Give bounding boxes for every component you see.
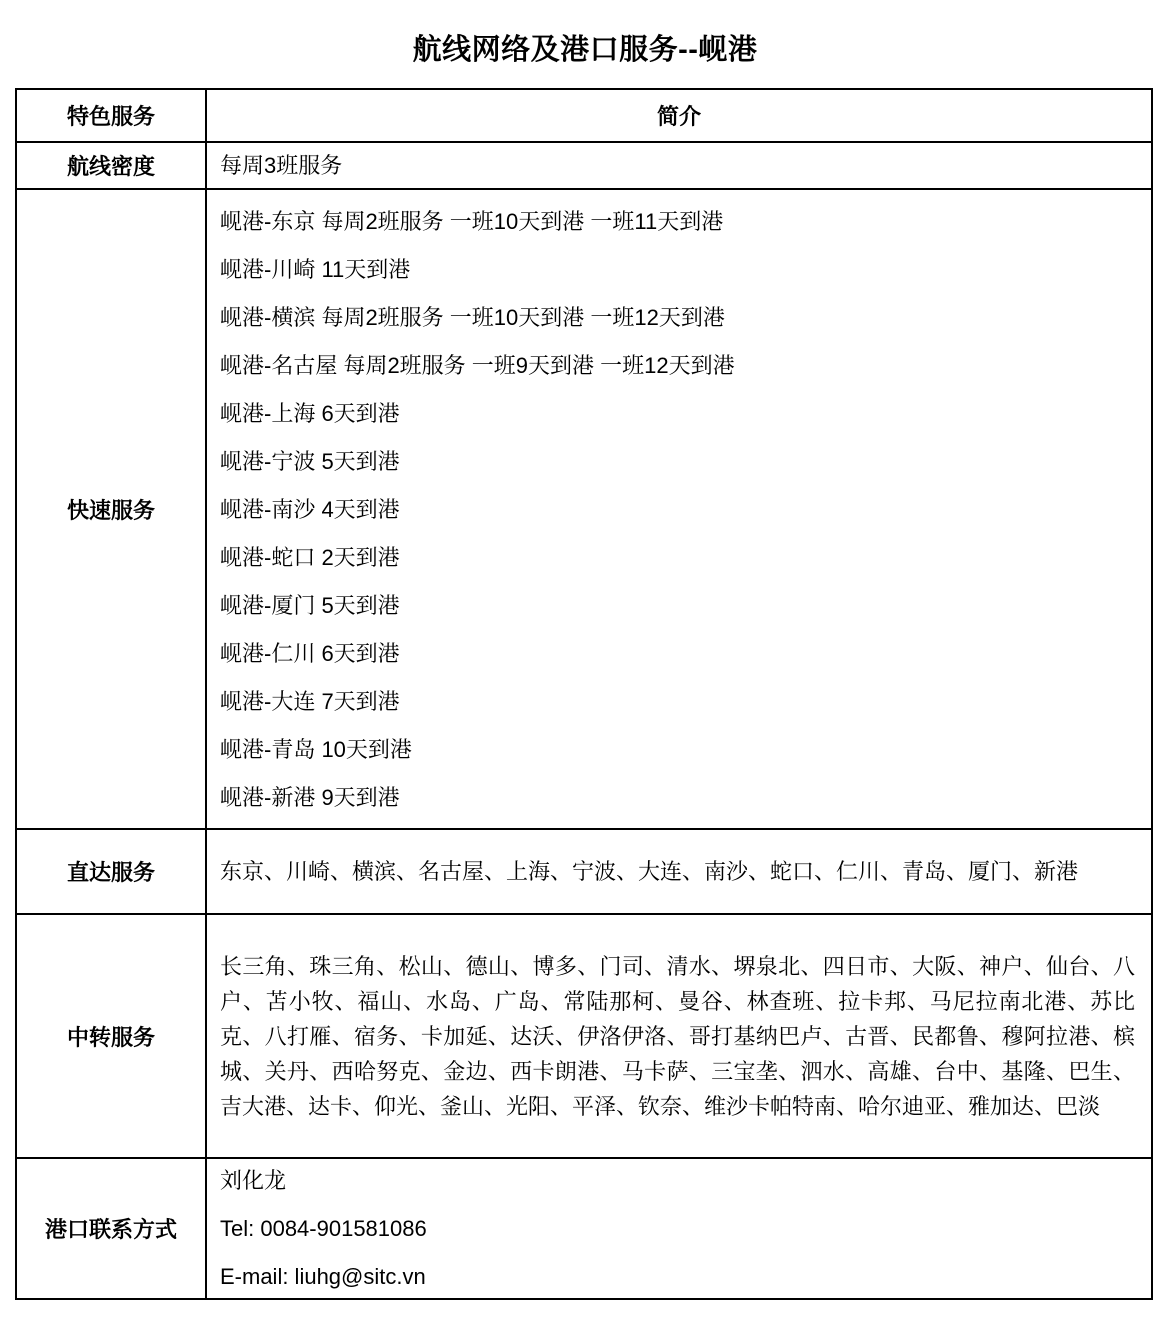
- express-route-line: 岘港-新港 9天到港: [220, 780, 1135, 815]
- table-row-route-density: 航线密度 每周3班服务: [16, 142, 1152, 189]
- row-label-express-service: 快速服务: [16, 189, 206, 829]
- contact-name: 刘化龙: [220, 1163, 1135, 1198]
- contact-tel: Tel: 0084-901581086: [220, 1211, 1135, 1246]
- page-title: 航线网络及港口服务--岘港: [0, 24, 1170, 88]
- express-route-line: 岘港-横滨 每周2班服务 一班10天到港 一班12天到港: [220, 300, 1135, 335]
- row-label-transit-service: 中转服务: [16, 914, 206, 1158]
- table-row-direct-service: 直达服务 东京、川崎、横滨、名古屋、上海、宁波、大连、南沙、蛇口、仁川、青岛、厦…: [16, 829, 1152, 914]
- express-route-line: 岘港-名古屋 每周2班服务 一班9天到港 一班12天到港: [220, 348, 1135, 383]
- direct-service-cell: 东京、川崎、横滨、名古屋、上海、宁波、大连、南沙、蛇口、仁川、青岛、厦门、新港: [206, 829, 1152, 914]
- express-route-line: 岘港-川崎 11天到港: [220, 252, 1135, 287]
- contact-email: E-mail: liuhg@sitc.vn: [220, 1259, 1135, 1294]
- transit-service-ports: 长三角、珠三角、松山、德山、博多、门司、清水、堺泉北、四日市、大阪、神户、仙台、…: [220, 949, 1135, 1124]
- port-services-table: 特色服务 简介 航线密度 每周3班服务 快速服务 岘港-东京 每周2班服务 一班…: [15, 88, 1153, 1300]
- row-label-port-contact: 港口联系方式: [16, 1158, 206, 1299]
- table-row-port-contact: 港口联系方式 刘化龙 Tel: 0084-901581086 E-mail: l…: [16, 1158, 1152, 1299]
- express-route-line: 岘港-上海 6天到港: [220, 396, 1135, 431]
- table-header-row: 特色服务 简介: [16, 89, 1152, 142]
- express-route-line: 岘港-厦门 5天到港: [220, 588, 1135, 623]
- row-label-direct-service: 直达服务: [16, 829, 206, 914]
- express-route-line: 岘港-南沙 4天到港: [220, 492, 1135, 527]
- table-row-transit-service: 中转服务 长三角、珠三角、松山、德山、博多、门司、清水、堺泉北、四日市、大阪、神…: [16, 914, 1152, 1158]
- express-route-line: 岘港-仁川 6天到港: [220, 636, 1135, 671]
- row-label-route-density: 航线密度: [16, 142, 206, 189]
- express-route-line: 岘港-宁波 5天到港: [220, 444, 1135, 479]
- table-row-express-service: 快速服务 岘港-东京 每周2班服务 一班10天到港 一班11天到港 岘港-川崎 …: [16, 189, 1152, 829]
- port-contact-cell: 刘化龙 Tel: 0084-901581086 E-mail: liuhg@si…: [206, 1158, 1152, 1299]
- express-route-line: 岘港-大连 7天到港: [220, 684, 1135, 719]
- direct-service-ports: 东京、川崎、横滨、名古屋、上海、宁波、大连、南沙、蛇口、仁川、青岛、厦门、新港: [220, 854, 1135, 889]
- route-density-cell: 每周3班服务: [206, 142, 1152, 189]
- column-header-feature-service: 特色服务: [16, 89, 206, 142]
- express-route-line: 岘港-蛇口 2天到港: [220, 540, 1135, 575]
- express-route-line: 岘港-东京 每周2班服务 一班10天到港 一班11天到港: [220, 204, 1135, 239]
- column-header-introduction: 简介: [206, 89, 1152, 142]
- route-density-text: 每周3班服务: [220, 148, 1135, 183]
- transit-service-cell: 长三角、珠三角、松山、德山、博多、门司、清水、堺泉北、四日市、大阪、神户、仙台、…: [206, 914, 1152, 1158]
- express-service-cell: 岘港-东京 每周2班服务 一班10天到港 一班11天到港 岘港-川崎 11天到港…: [206, 189, 1152, 829]
- express-route-line: 岘港-青岛 10天到港: [220, 732, 1135, 767]
